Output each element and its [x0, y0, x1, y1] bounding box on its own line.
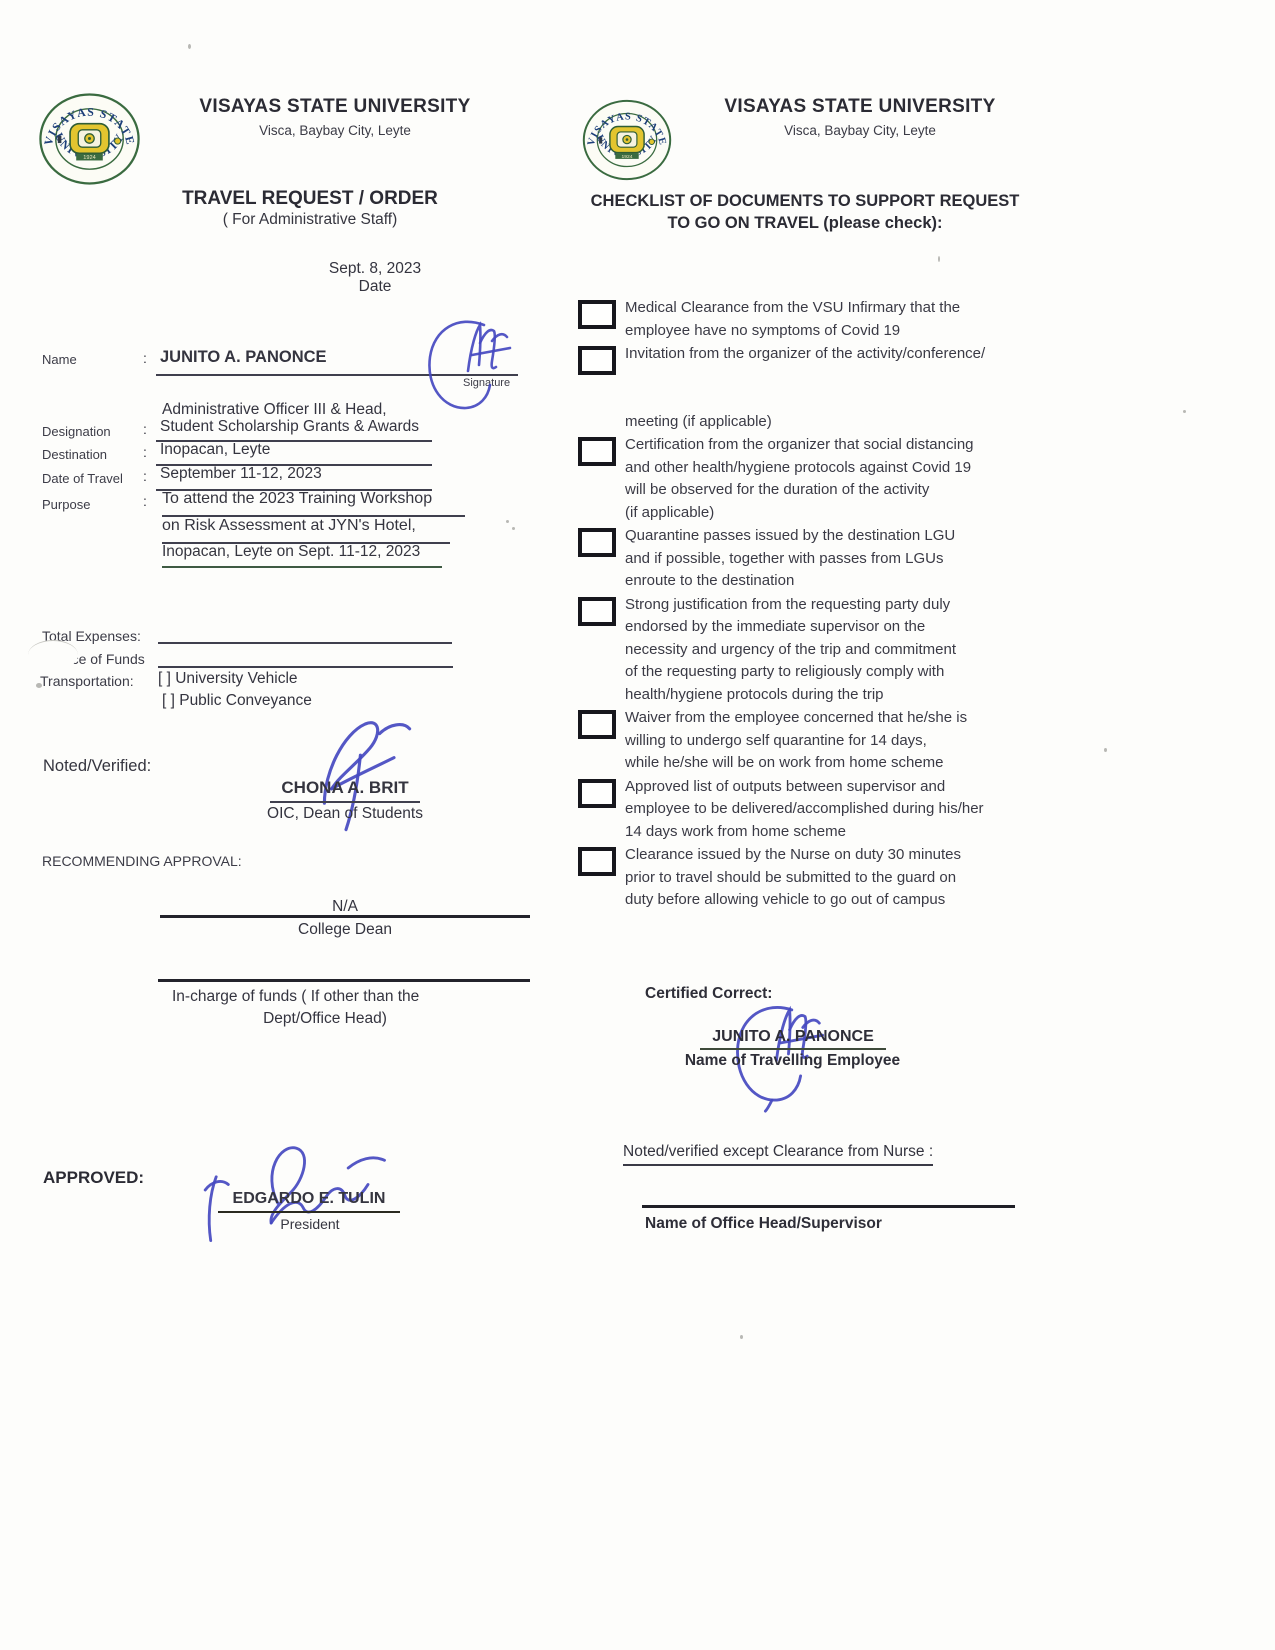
checklist-line: employee have no symptoms of Covid 19 [625, 320, 960, 343]
destination-label: Destination [42, 447, 107, 462]
checklist-line: and if possible, together with passes fr… [625, 548, 955, 571]
form-title: TRAVEL REQUEST / ORDER [130, 188, 490, 210]
checklist-item: Waiver from the employee concerned that … [578, 707, 1043, 775]
noted-position: OIC, Dean of Students [255, 805, 435, 823]
checklist-line: prior to travel should be submitted to t… [625, 867, 961, 890]
approved-position: President [230, 1216, 390, 1232]
incharge-line2: Dept/Office Head) [160, 1010, 490, 1028]
designation-label: Designation [42, 424, 111, 439]
certified-caption: Name of Travelling Employee [675, 1052, 910, 1070]
checklist-line: will be observed for the duration of the… [625, 479, 974, 502]
checkbox[interactable] [578, 710, 616, 739]
checklist-line: willing to undergo self quarantine for 1… [625, 730, 967, 753]
checklist-text: Clearance issued by the Nurse on duty 30… [625, 844, 961, 912]
checklist-line [625, 388, 985, 411]
svg-text:1924: 1924 [622, 154, 633, 160]
checklist-line: Clearance issued by the Nurse on duty 30… [625, 844, 961, 867]
checklist-text: Invitation from the organizer of the act… [625, 343, 985, 433]
checkbox[interactable] [578, 300, 616, 329]
checklist-text: Medical Clearance from the VSU Infirmary… [625, 297, 960, 342]
checklist-line: Waiver from the employee concerned that … [625, 707, 967, 730]
noted-verified-label: Noted/Verified: [43, 757, 151, 776]
university-address-right: Visca, Baybay City, Leyte [690, 123, 1030, 138]
checklist-item: Invitation from the organizer of the act… [578, 343, 1043, 433]
checklist-line: employee to be delivered/accomplished du… [625, 798, 984, 821]
checklist-line: while he/she will be on work from home s… [625, 752, 967, 775]
checklist-line: (if applicable) [625, 502, 974, 525]
checklist-item: Medical Clearance from the VSU Infirmary… [578, 297, 1043, 342]
travel-date-value: September 11-12, 2023 [156, 465, 322, 482]
recommending-approval-label: RECOMMENDING APPROVAL: [42, 853, 242, 869]
certified-name: JUNITO A. PANONCE [700, 1028, 886, 1050]
checklist-text: Certification from the organizer that so… [625, 434, 974, 524]
source-of-funds-field [158, 644, 453, 668]
employee-signature-ink [420, 313, 520, 415]
purpose-line3: Inopacan, Leyte on Sept. 11-12, 2023 [162, 543, 442, 568]
checklist-item: Quarantine passes issued by the destinat… [578, 525, 1043, 593]
checklist-line: Invitation from the organizer of the act… [625, 343, 985, 366]
checklist-line: Certification from the organizer that so… [625, 434, 974, 457]
destination-value: Inopacan, Leyte [156, 441, 270, 458]
scan-speck [740, 1335, 743, 1339]
travel-date-label: Date of Travel [42, 471, 123, 486]
checklist-line: health/hygiene protocols during the trip [625, 684, 956, 707]
checkbox[interactable] [578, 779, 616, 808]
noted-name: CHONA A. BRIT [270, 778, 420, 803]
transport-option-university-vehicle: [ ] University Vehicle [158, 670, 298, 688]
purpose-line2: on Risk Assessment at JYN's Hotel, [162, 517, 450, 544]
scanned-travel-request-document: VISAYAS STATE UNIVERSITY 1924 VISAYAS ST… [0, 0, 1275, 1650]
checklist-line [625, 366, 985, 389]
office-head-caption: Name of Office Head/Supervisor [645, 1215, 882, 1233]
colon: : [143, 493, 147, 509]
checklist-item: Strong justification from the requesting… [578, 594, 1043, 707]
incharge-signature-line [158, 979, 530, 982]
purpose-label: Purpose [42, 497, 90, 512]
travel-date-field: September 11-12, 2023 [156, 465, 432, 491]
destination-field: Inopacan, Leyte [156, 441, 432, 466]
colon: : [143, 468, 147, 484]
university-name-left: VISAYAS STATE UNIVERSITY [150, 96, 520, 118]
scan-speck [36, 683, 42, 688]
checklist-text: Strong justification from the requesting… [625, 594, 956, 707]
checkbox[interactable] [578, 437, 616, 466]
checklist-line: duty before allowing vehicle to go out o… [625, 889, 961, 912]
designation-line1: Administrative Officer III & Head, [162, 401, 387, 419]
colon: : [143, 421, 147, 437]
transport-option-public-conveyance: [ ] Public Conveyance [162, 692, 312, 710]
checklist-line: necessity and urgency of the trip and co… [625, 639, 956, 662]
checklist-line: meeting (if applicable) [625, 411, 985, 434]
vsu-seal-logo-left: VISAYAS STATE UNIVERSITY 1924 [38, 93, 141, 185]
form-date-label: Date [290, 278, 460, 296]
scan-speck [506, 520, 509, 523]
svg-text:1924: 1924 [83, 155, 95, 161]
colon: : [143, 350, 147, 366]
purpose-line1: To attend the 2023 Training Workshop [162, 490, 465, 517]
checklist-text: Waiver from the employee concerned that … [625, 707, 967, 775]
university-address-left: Visca, Baybay City, Leyte [150, 123, 520, 138]
scan-speck [512, 527, 515, 530]
college-dean-na-value: N/A [160, 898, 530, 916]
approved-label: APPROVED: [43, 1168, 144, 1188]
checklist-item: Certification from the organizer that so… [578, 434, 1043, 524]
checklist-line: Approved list of outputs between supervi… [625, 776, 984, 799]
vsu-seal-logo-right: VISAYAS STATE UNIVERSITY 1924 [582, 97, 672, 183]
name-value: JUNITO A. PANONCE [156, 348, 327, 366]
checklist-item: Approved list of outputs between supervi… [578, 776, 1043, 844]
checkbox[interactable] [578, 346, 616, 375]
office-head-signature-line [642, 1205, 1015, 1208]
checklist-title-line2: TO GO ON TRAVEL (please check): [555, 214, 1055, 233]
college-dean-signature-line [160, 915, 530, 918]
incharge-line1: In-charge of funds ( If other than the [172, 988, 419, 1006]
checklist-line: of the requesting party to religiously c… [625, 661, 956, 684]
transportation-label: Transportation: [40, 673, 134, 689]
checklist-text: Approved list of outputs between supervi… [625, 776, 984, 844]
checklist-line: 14 days work from home scheme [625, 821, 984, 844]
college-dean-label: College Dean [160, 921, 530, 939]
checklist-line: and other health/hygiene protocols again… [625, 457, 974, 480]
checkbox[interactable] [578, 528, 616, 557]
designation-field: Student Scholarship Grants & Awards [156, 418, 432, 442]
approved-name: EDGARDO E. TULIN [218, 1190, 400, 1213]
checkbox[interactable] [578, 847, 616, 876]
form-date-value: Sept. 8, 2023 [290, 260, 460, 278]
checklist-item: Clearance issued by the Nurse on duty 30… [578, 844, 1043, 912]
checkbox[interactable] [578, 597, 616, 626]
colon: : [143, 444, 147, 460]
checklist-line: enroute to the destination [625, 570, 955, 593]
checklist: Medical Clearance from the VSU Infirmary… [578, 297, 1043, 913]
checklist-text: Quarantine passes issued by the destinat… [625, 525, 955, 593]
scan-speck [1183, 410, 1186, 413]
scan-speck [938, 256, 940, 262]
checklist-line: endorsed by the immediate supervisor on … [625, 616, 956, 639]
designation-value: Student Scholarship Grants & Awards [156, 418, 419, 435]
form-subtitle: ( For Administrative Staff) [130, 211, 490, 229]
total-expenses-field [158, 620, 452, 644]
scan-speck [1104, 748, 1107, 752]
university-name-right: VISAYAS STATE UNIVERSITY [690, 96, 1030, 118]
name-label: Name [42, 352, 77, 367]
checklist-line: Strong justification from the requesting… [625, 594, 956, 617]
scan-speck [188, 44, 191, 49]
noted-except-label: Noted/verified except Clearance from Nur… [623, 1143, 933, 1166]
checklist-line: Quarantine passes issued by the destinat… [625, 525, 955, 548]
scan-artifact-blob [28, 640, 78, 670]
checklist-line: Medical Clearance from the VSU Infirmary… [625, 297, 960, 320]
checklist-title-line1: CHECKLIST OF DOCUMENTS TO SUPPORT REQUES… [555, 192, 1055, 211]
